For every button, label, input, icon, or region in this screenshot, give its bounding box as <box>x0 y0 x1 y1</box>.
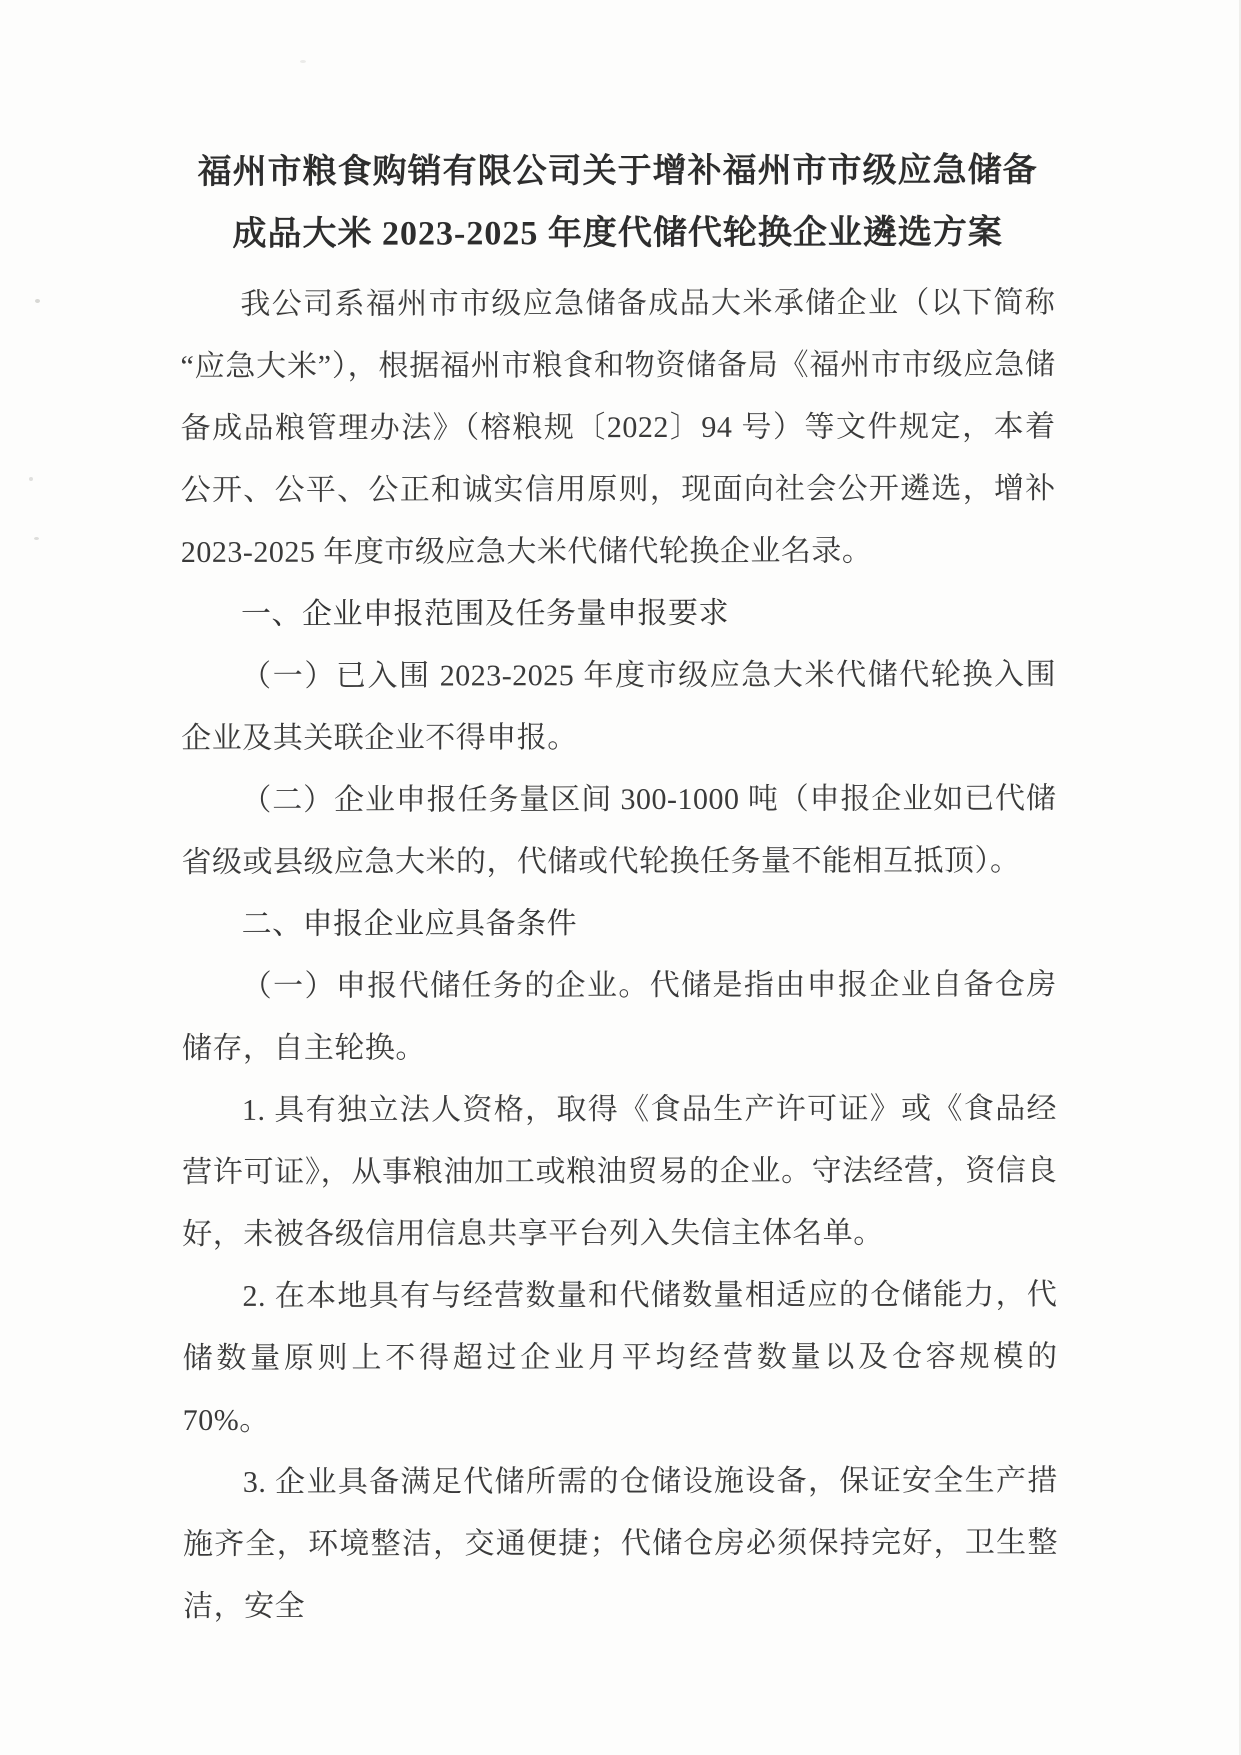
document-title-line-2: 成品大米 2023-2025 年度代储代轮换企业遴选方案 <box>180 202 1055 266</box>
document-title-line-1: 福州市粮食购销有限公司关于增补福州市市级应急储备 <box>180 140 1055 204</box>
section-1-heading: 一、企业申报范围及任务量申报要求 <box>181 582 1056 646</box>
section-2-condition-3: 3. 企业具备满足代储所需的仓储设施设备，保证安全生产措施齐全，环境整洁，交通便… <box>183 1450 1058 1638</box>
document-content: 福州市粮食购销有限公司关于增补福州市市级应急储备 成品大米 2023-2025 … <box>180 140 1058 1638</box>
section-2-item-1: （一）申报代储任务的企业。代储是指由申报企业自备仓房储存，自主轮换。 <box>182 954 1057 1080</box>
document-title: 福州市粮食购销有限公司关于增补福州市市级应急储备 成品大米 2023-2025 … <box>180 140 1055 266</box>
scan-speck <box>29 477 33 481</box>
scanned-document-page: 福州市粮食购销有限公司关于增补福州市市级应急储备 成品大米 2023-2025 … <box>0 0 1241 1755</box>
section-2-condition-1: 1. 具有独立法人资格，取得《食品生产许可证》或《食品经营许可证》，从事粮油加工… <box>182 1078 1057 1266</box>
section-2-condition-2: 2. 在本地具有与经营数量和代储数量相适应的仓储能力，代储数量原则上不得超过企业… <box>182 1264 1057 1452</box>
section-1-item-1: （一）已入围 2023-2025 年度市级应急大米代储代轮换入围企业及其关联企业… <box>181 644 1056 770</box>
paragraph-intro: 我公司系福州市市级应急储备成品大米承储企业（以下简称“应急大米”），根据福州市粮… <box>180 272 1056 584</box>
scan-speck <box>300 60 306 63</box>
scan-speck <box>35 299 40 303</box>
section-2-heading: 二、申报企业应具备条件 <box>182 892 1057 956</box>
scan-speck <box>34 537 39 540</box>
section-1-item-2: （二）企业申报任务量区间 300-1000 吨（申报企业如已代储省级或县级应急大… <box>181 768 1056 894</box>
